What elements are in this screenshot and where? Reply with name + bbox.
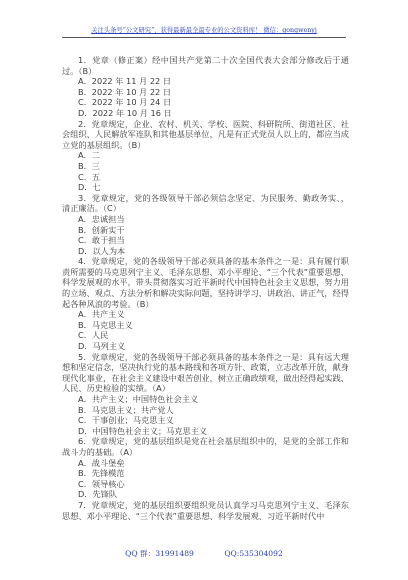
question-list: 1．党章（修正案）经中国共产党第二十次全国代表大会部分修改后于通过。（B） A．…	[62, 55, 349, 521]
option: D．以人为本	[62, 246, 349, 257]
page-header: 关注头条号“公文研究”，获得最新最全最专业的公文资料库！ 微信：gongweny…	[62, 26, 346, 38]
question-text: 6．党章规定，党的基层组织是党在社会基层组织中的，是党的全部工作和战斗力的基础。…	[62, 436, 349, 457]
question-text: 3．党章规定，党的各级领导干部必须信念坚定、为民服务、勤政务实、，清正廉洁。（C…	[62, 193, 349, 214]
option: B．三	[62, 161, 349, 172]
option: A．2022 年 11 月 22 日	[62, 76, 349, 87]
option: B．马克思主义；共产党人	[62, 405, 349, 416]
option: A．战斗堡垒	[62, 458, 349, 469]
option: B．马克思主义	[62, 320, 349, 331]
option: A．共产主义	[62, 309, 349, 320]
question-text: 1．党章（修正案）经中国共产党第二十次全国代表大会部分修改后于通过。（B）	[62, 55, 349, 76]
question-text: 5．党章规定，党的各级领导干部必须具备的基本条件之一是：具有远大理想和坚定信念，…	[62, 352, 349, 394]
question-text: 2．党章规定，企业、农村、机关、学校、医院、科研院所、街道社区、社会组织、人民解…	[62, 119, 349, 151]
question-text: 7．党章规定，党的基层组织要组织党员认真学习马克思列宁主义、毛泽东思想、邓小平理…	[62, 500, 349, 521]
option: D．2022 年 10 月 16 日	[62, 108, 349, 119]
option: A．二	[62, 150, 349, 161]
question-text: 4．党章规定，党的各级领导干部必须具备的基本条件之一是：具有履行职责所需要的马克…	[62, 256, 349, 309]
option: C．敢于担当	[62, 235, 349, 246]
option: C．2022 年 10 月 24 日	[62, 97, 349, 108]
option: A．忠诚担当	[62, 214, 349, 225]
option: D．七	[62, 182, 349, 193]
option: D．马列主义	[62, 341, 349, 352]
document-page: 关注头条号“公文研究”，获得最新最全最专业的公文资料库！ 微信：gongweny…	[0, 0, 408, 580]
header-promo-link[interactable]: 关注头条号“公文研究”，获得最新最全最专业的公文资料库！ 微信：gongweny…	[91, 27, 317, 34]
option: C．干事创业；马克思主义	[62, 415, 349, 426]
option: D．先锋队	[62, 489, 349, 500]
option: C．领导核心	[62, 479, 349, 490]
option: B．创新实干	[62, 225, 349, 236]
page-footer: QQ 群：31991489 QQ:535304092	[0, 548, 408, 559]
qq-group-number: QQ 群：31991489	[125, 549, 194, 558]
option: A．共产主义；中国特色社会主义	[62, 394, 349, 405]
option: C．五	[62, 172, 349, 183]
option: C．人民	[62, 330, 349, 341]
option: D．中国特色社会主义；马克思主义	[62, 426, 349, 437]
option: B．2022 年 10 月 22 日	[62, 87, 349, 98]
option: B．先锋模范	[62, 468, 349, 479]
qq-number: QQ:535304092	[224, 549, 283, 558]
